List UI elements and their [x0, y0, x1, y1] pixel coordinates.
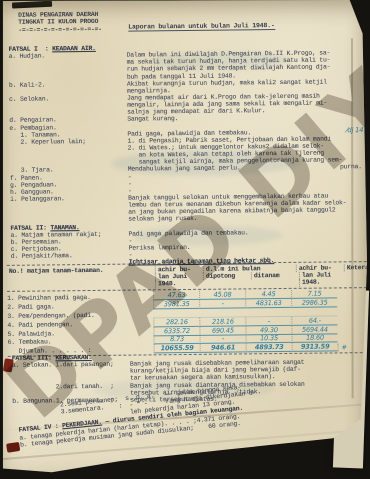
table-cell-value: 3981.35	[153, 300, 199, 309]
redaction-mark	[12, 1, 52, 9]
org-header: DINAS PENGAIRAN DAERAHTINGKAT II KULON P…	[18, 11, 102, 34]
document-paper: DINAS PENGAIRAN DAERAHTINGKAT II KULON P…	[0, 0, 370, 479]
table-rows: 1. Pewinihan padi gaga.47.6345.084.457.1…	[7, 290, 368, 347]
scanned-document-screen: DINAS PENGAIRAN DAERAHTINGKAT II KULON P…	[0, 0, 370, 479]
table-cell-value: 4831.63	[245, 299, 291, 308]
table-cell-value: -	[199, 300, 245, 309]
report-title: Laporan bulanan untuk bulan Juli 1948.-	[128, 22, 275, 32]
handwritten-note: ⁄dj 14	[346, 127, 363, 134]
table-cell-value: 2986.35	[291, 299, 337, 308]
table-header: No.! matjam tanam-tanaman.achir bu-d.l.m…	[7, 264, 367, 289]
red-seal-mark	[6, 442, 20, 453]
paper-content: DINAS PENGAIRAN DAERAHTINGKAT II KULON P…	[0, 0, 370, 479]
body-a: FATSAL I : KEADAAN AIR.a. Hudjan.Dalam b…	[8, 42, 366, 267]
org-line: -=-=-=-=-=-=-=-=-=-=-=-	[18, 26, 102, 34]
crops-table: No.! matjam tanam-tanaman.achir bu-d.l.m…	[7, 260, 368, 359]
